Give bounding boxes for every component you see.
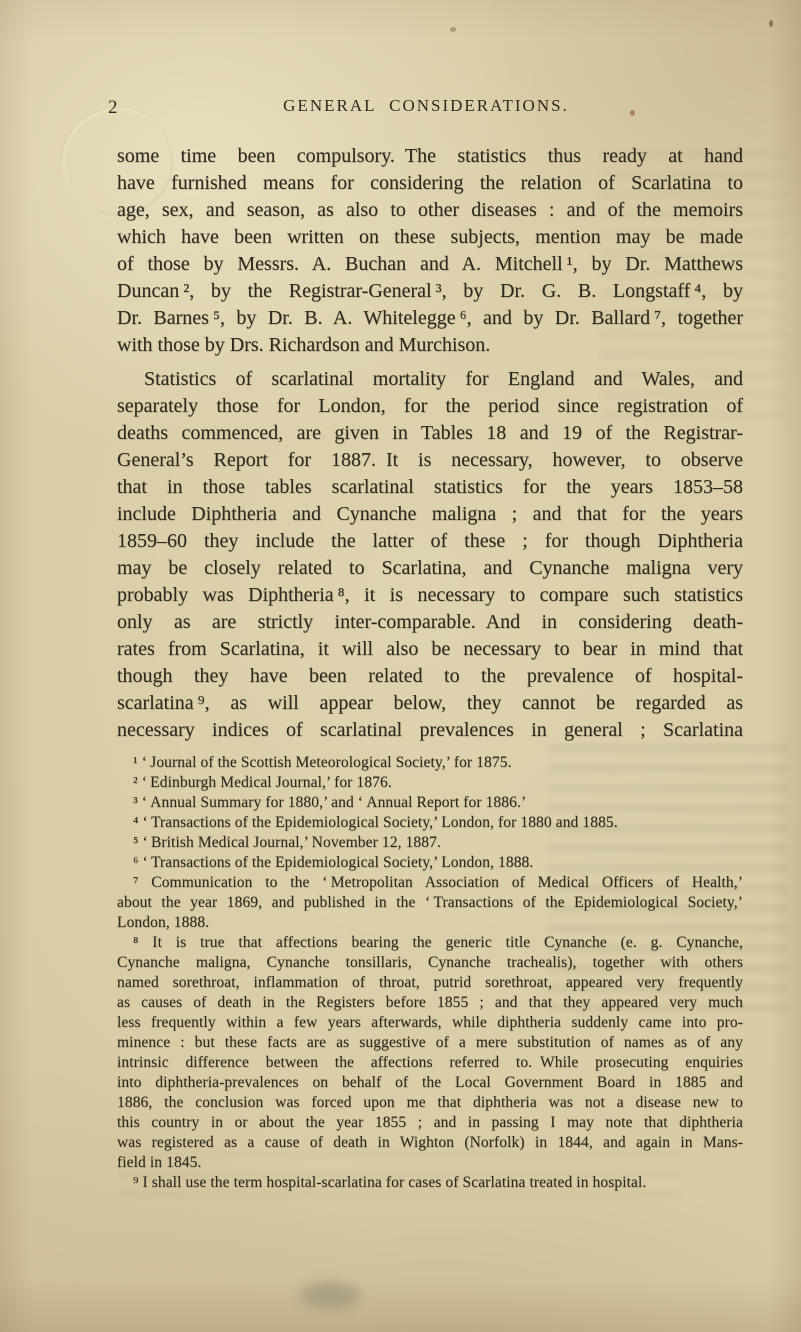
text-line: ² ‘ Edinburgh Medical Journal,’ for 1876… bbox=[117, 773, 743, 793]
text-line: probably was Diphtheria ⁸, it is necessa… bbox=[117, 582, 743, 609]
text-line: ⁶ ‘ Transactions of the Epidemiological … bbox=[117, 853, 743, 873]
text-line: this country in or about the year 1855 ;… bbox=[117, 1113, 743, 1133]
running-title: GENERAL CONSIDERATIONS. bbox=[283, 96, 569, 116]
text-line: as causes of death in the Registers befo… bbox=[117, 993, 743, 1013]
text-line: ⁴ ‘ Transactions of the Epidemiological … bbox=[117, 813, 743, 833]
paper-stain bbox=[450, 27, 456, 32]
text-line: Cynanche maligna, Cynanche tonsillaris, … bbox=[117, 953, 743, 973]
footnote-2: ² ‘ Edinburgh Medical Journal,’ for 1876… bbox=[117, 773, 743, 793]
paper-stain bbox=[769, 20, 773, 27]
text-line: age, sex, and season, as also to other d… bbox=[117, 197, 743, 224]
footnote-4: ⁴ ‘ Transactions of the Epidemiological … bbox=[117, 813, 743, 833]
text-line: ⁵ ‘ British Medical Journal,’ November 1… bbox=[117, 833, 743, 853]
text-line: 1886, the conclusion was forced upon me … bbox=[117, 1093, 743, 1113]
text-line: London, 1888. bbox=[117, 913, 743, 933]
text-line: only as are strictly inter-comparable. A… bbox=[117, 609, 743, 636]
text-line: named sorethroat, inflammation of throat… bbox=[117, 973, 743, 993]
page-number: 2 bbox=[108, 97, 118, 119]
text-line: ³ ‘ Annual Summary for 1880,’ and ‘ Annu… bbox=[117, 793, 743, 813]
footnotes-section: ¹ ‘ Journal of the Scottish Meteorologic… bbox=[117, 753, 743, 1193]
text-line: ¹ ‘ Journal of the Scottish Meteorologic… bbox=[117, 753, 743, 773]
footnote-9: ⁹ I shall use the term hospital-scarlati… bbox=[117, 1173, 743, 1193]
text-line: Duncan ², by the Registrar-General ³, by… bbox=[117, 278, 743, 305]
text-line: though they have been related to the pre… bbox=[117, 663, 743, 690]
running-head: 2 GENERAL CONSIDERATIONS. bbox=[108, 96, 744, 120]
text-line: ⁸ It is true that affections bearing the… bbox=[117, 933, 743, 953]
paragraph-continuation: some time been compulsory. The statistic… bbox=[117, 143, 743, 359]
book-page: 2 GENERAL CONSIDERATIONS. some time been… bbox=[0, 0, 801, 1332]
footnote-7: ⁷ Communication to the ‘ Metropolitan As… bbox=[117, 873, 743, 933]
text-line: less frequently within a few years after… bbox=[117, 1013, 743, 1033]
text-line: General’s Report for 1887. It is necessa… bbox=[117, 447, 743, 474]
text-line: minence : but these facts are as suggest… bbox=[117, 1033, 743, 1053]
text-line: have furnished means for considering the… bbox=[117, 170, 743, 197]
text-line: necessary indices of scarlatinal prevale… bbox=[117, 717, 743, 744]
footnote-6: ⁶ ‘ Transactions of the Epidemiological … bbox=[117, 853, 743, 873]
footnote-3: ³ ‘ Annual Summary for 1880,’ and ‘ Annu… bbox=[117, 793, 743, 813]
paragraph-statistics: Statistics of scarlatinal mortality for … bbox=[117, 366, 743, 744]
text-line: some time been compulsory. The statistic… bbox=[117, 143, 743, 170]
text-line: ⁷ Communication to the ‘ Metropolitan As… bbox=[117, 873, 743, 893]
text-line: may be closely related to Scarlatina, an… bbox=[117, 555, 743, 582]
text-line: was registered as a cause of death in Wi… bbox=[117, 1133, 743, 1153]
text-line: deaths commenced, are given in Tables 18… bbox=[117, 420, 743, 447]
text-line: of those by Messrs. A. Buchan and A. Mit… bbox=[117, 251, 743, 278]
text-line: scarlatina ⁹, as will appear below, they… bbox=[117, 690, 743, 717]
text-line: with those by Drs. Richardson and Murchi… bbox=[117, 332, 743, 359]
text-line: Dr. Barnes ⁵, by Dr. B. A. Whitelegge ⁶,… bbox=[117, 305, 743, 332]
text-line: rates from Scarlatina, it will also be n… bbox=[117, 636, 743, 663]
text-line: field in 1845. bbox=[117, 1153, 743, 1173]
text-line: intrinsic difference between the affecti… bbox=[117, 1053, 743, 1073]
text-line: into diphtheria-prevalences on behalf of… bbox=[117, 1073, 743, 1093]
footnote-8: ⁸ It is true that affections bearing the… bbox=[117, 933, 743, 1173]
paper-smudge bbox=[300, 1282, 360, 1308]
text-line: ⁹ I shall use the term hospital-scarlati… bbox=[117, 1173, 743, 1193]
text-line: include Diphtheria and Cynanche maligna … bbox=[117, 501, 743, 528]
text-line: 1859–60 they include the latter of these… bbox=[117, 528, 743, 555]
text-line: separately those for London, for the per… bbox=[117, 393, 743, 420]
text-block: some time been compulsory. The statistic… bbox=[117, 143, 743, 1193]
text-line: which have been written on these subject… bbox=[117, 224, 743, 251]
text-line: about the year 1869, and published in th… bbox=[117, 893, 743, 913]
text-line: Statistics of scarlatinal mortality for … bbox=[117, 366, 743, 393]
text-line: that in those tables scarlatinal statist… bbox=[117, 474, 743, 501]
footnote-1: ¹ ‘ Journal of the Scottish Meteorologic… bbox=[117, 753, 743, 773]
footnote-5: ⁵ ‘ British Medical Journal,’ November 1… bbox=[117, 833, 743, 853]
